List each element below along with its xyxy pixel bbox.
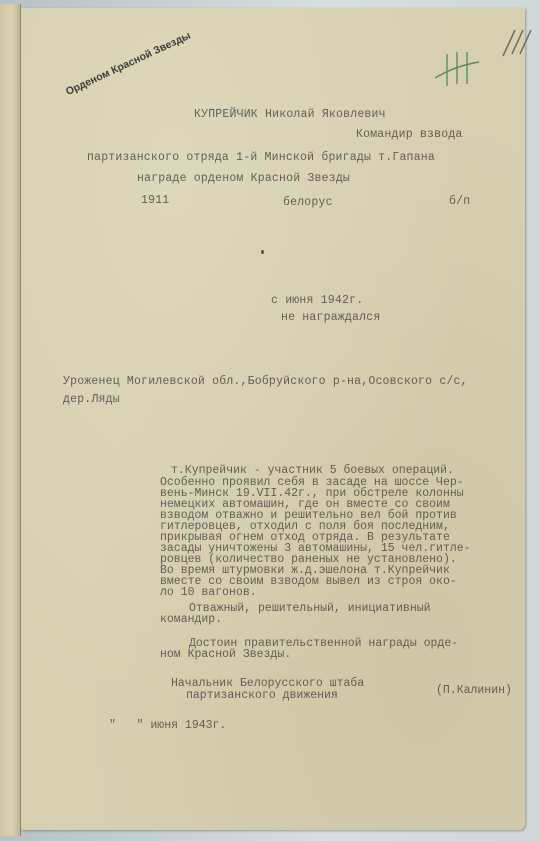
signatory-title-line1: Начальник Белорусского штаба: [171, 678, 364, 689]
ink-spot: [261, 250, 264, 254]
birthplace-line1: Уроженец Могилевской обл.,Бобруйского р-…: [63, 375, 468, 388]
previous-awards: не награждался: [281, 311, 380, 324]
underlying-sheet-edge: [0, 4, 21, 836]
characterization-line: Отважный, решительный, инициативный: [189, 603, 431, 614]
document-page: Орденом Красной Звезды КУПРЕЙЧИК Николай…: [21, 8, 525, 830]
document-date: " " июня 1943г.: [109, 720, 226, 731]
recommendation-line: ном Красной Звезды.: [160, 649, 291, 660]
narrative-line: т.Купрейчик - участник 5 боевых операций…: [171, 465, 454, 476]
party-status: б/п: [449, 195, 470, 208]
page-number-handwritten-icon: [499, 26, 535, 58]
signatory-name: (П.Калинин): [436, 685, 512, 696]
characterization-line: командир.: [160, 614, 222, 625]
signatory-title-line2: партизанского движения: [186, 690, 338, 701]
awardee-unit: партизанского отряда 1-й Минской бригады…: [87, 151, 435, 164]
birthplace-line2: дер.Ляды: [63, 393, 120, 406]
awardee-name: КУПРЕЙЧИК Николай Яковлевич: [194, 108, 386, 121]
award-line: награде орденом Красной Звезды: [137, 172, 350, 185]
awardee-position: Командир взвода: [356, 128, 463, 141]
in-service-since: с июня 1942г.: [271, 294, 363, 307]
narrative-line: ло 10 вагонов.: [160, 587, 257, 598]
nationality: белорус: [283, 196, 333, 209]
birth-year: 1911: [141, 194, 169, 207]
award-stamp: Орденом Красной Звезды: [64, 30, 193, 98]
green-pencil-mark-icon: [433, 46, 483, 90]
